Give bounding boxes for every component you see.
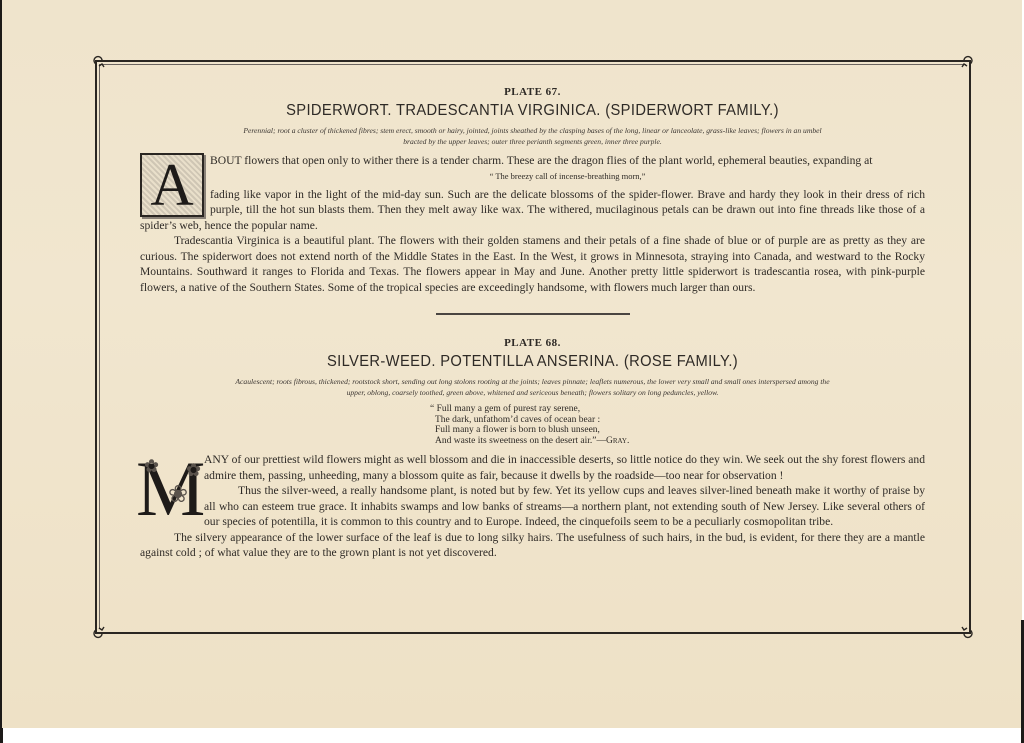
- poem-line: Full many a flower is born to blush unse…: [430, 425, 680, 436]
- plate-68-title: SILVER-WEED. POTENTILLA ANSERINA. (ROSE …: [171, 353, 893, 371]
- dropcap-a-illuminated-icon: A: [140, 153, 204, 217]
- corner-ornament-top-left-icon: [86, 52, 114, 80]
- poem-author: Gray.: [606, 436, 629, 446]
- plate-67-botany-line-2: bracted by the upper leaves; outer three…: [403, 137, 662, 146]
- plate-68-poem: “ Full many a gem of purest ray serene, …: [430, 404, 680, 446]
- plate-68-botany-description: Acaulescent; roots fibrous, thickened; r…: [140, 376, 925, 398]
- daisy-flower-icon: ✿: [186, 460, 201, 481]
- poem-line: “ Full many a gem of purest ray serene,: [430, 404, 680, 415]
- plate-67-paragraph-2: Tradescantia Virginica is a beautiful pl…: [140, 233, 925, 295]
- plate-68-paragraph-2: Thus the silver-weed, a really handsome …: [140, 483, 925, 530]
- corner-ornament-top-right-icon: [952, 52, 980, 80]
- plate-68-paragraph-1: ANY of our prettiest wild flowers might …: [140, 452, 925, 483]
- poem-line: And waste its sweetness on the desert ai…: [430, 436, 680, 447]
- page-content: PLATE 67. SPIDERWORT. TRADESCANTIA VIRGI…: [140, 86, 925, 561]
- poem-line: The dark, unfathom’d caves of ocean bear…: [430, 415, 680, 426]
- plate-67-paragraph-1-rest: fading like vapor in the light of the mi…: [140, 187, 925, 234]
- daisy-flower-icon: ✿: [144, 456, 159, 477]
- plate-68-paragraph-3: The silvery appearance of the lower surf…: [140, 530, 925, 561]
- plate-68-botany-line-1: Acaulescent; roots fibrous, thickened; r…: [235, 377, 829, 386]
- plate-68-number: PLATE 68.: [140, 337, 925, 349]
- plate-68-botany-line-2: upper, oblong, coarsely toothed, green a…: [347, 388, 719, 397]
- plate-67-number: PLATE 67.: [140, 86, 925, 98]
- plate-68-section: PLATE 68. SILVER-WEED. POTENTILLA ANSERI…: [140, 337, 925, 561]
- plate-67-quote: “ The breezy call of incense-breathing m…: [140, 171, 925, 181]
- plate-67-title: SPIDERWORT. TRADESCANTIA VIRGINICA. (SPI…: [171, 102, 893, 120]
- corner-ornament-bottom-right-icon: [952, 614, 980, 642]
- dropcap-a-letter: A: [142, 157, 202, 213]
- corner-ornament-bottom-left-icon: [86, 614, 114, 642]
- daisy-flower-icon: ❀: [168, 480, 188, 508]
- plate-67-paragraph-1-opening: BOUT flowers that open only to wither th…: [140, 153, 925, 169]
- plate-67-botany-description: Perennial; root a cluster of thickened f…: [140, 125, 925, 147]
- plate-67-section: PLATE 67. SPIDERWORT. TRADESCANTIA VIRGI…: [140, 86, 925, 295]
- section-divider: [436, 313, 630, 315]
- dropcap-m-floral-icon: M ✿ ❀ ✿: [134, 452, 202, 526]
- plate-67-botany-line-1: Perennial; root a cluster of thickened f…: [243, 126, 821, 135]
